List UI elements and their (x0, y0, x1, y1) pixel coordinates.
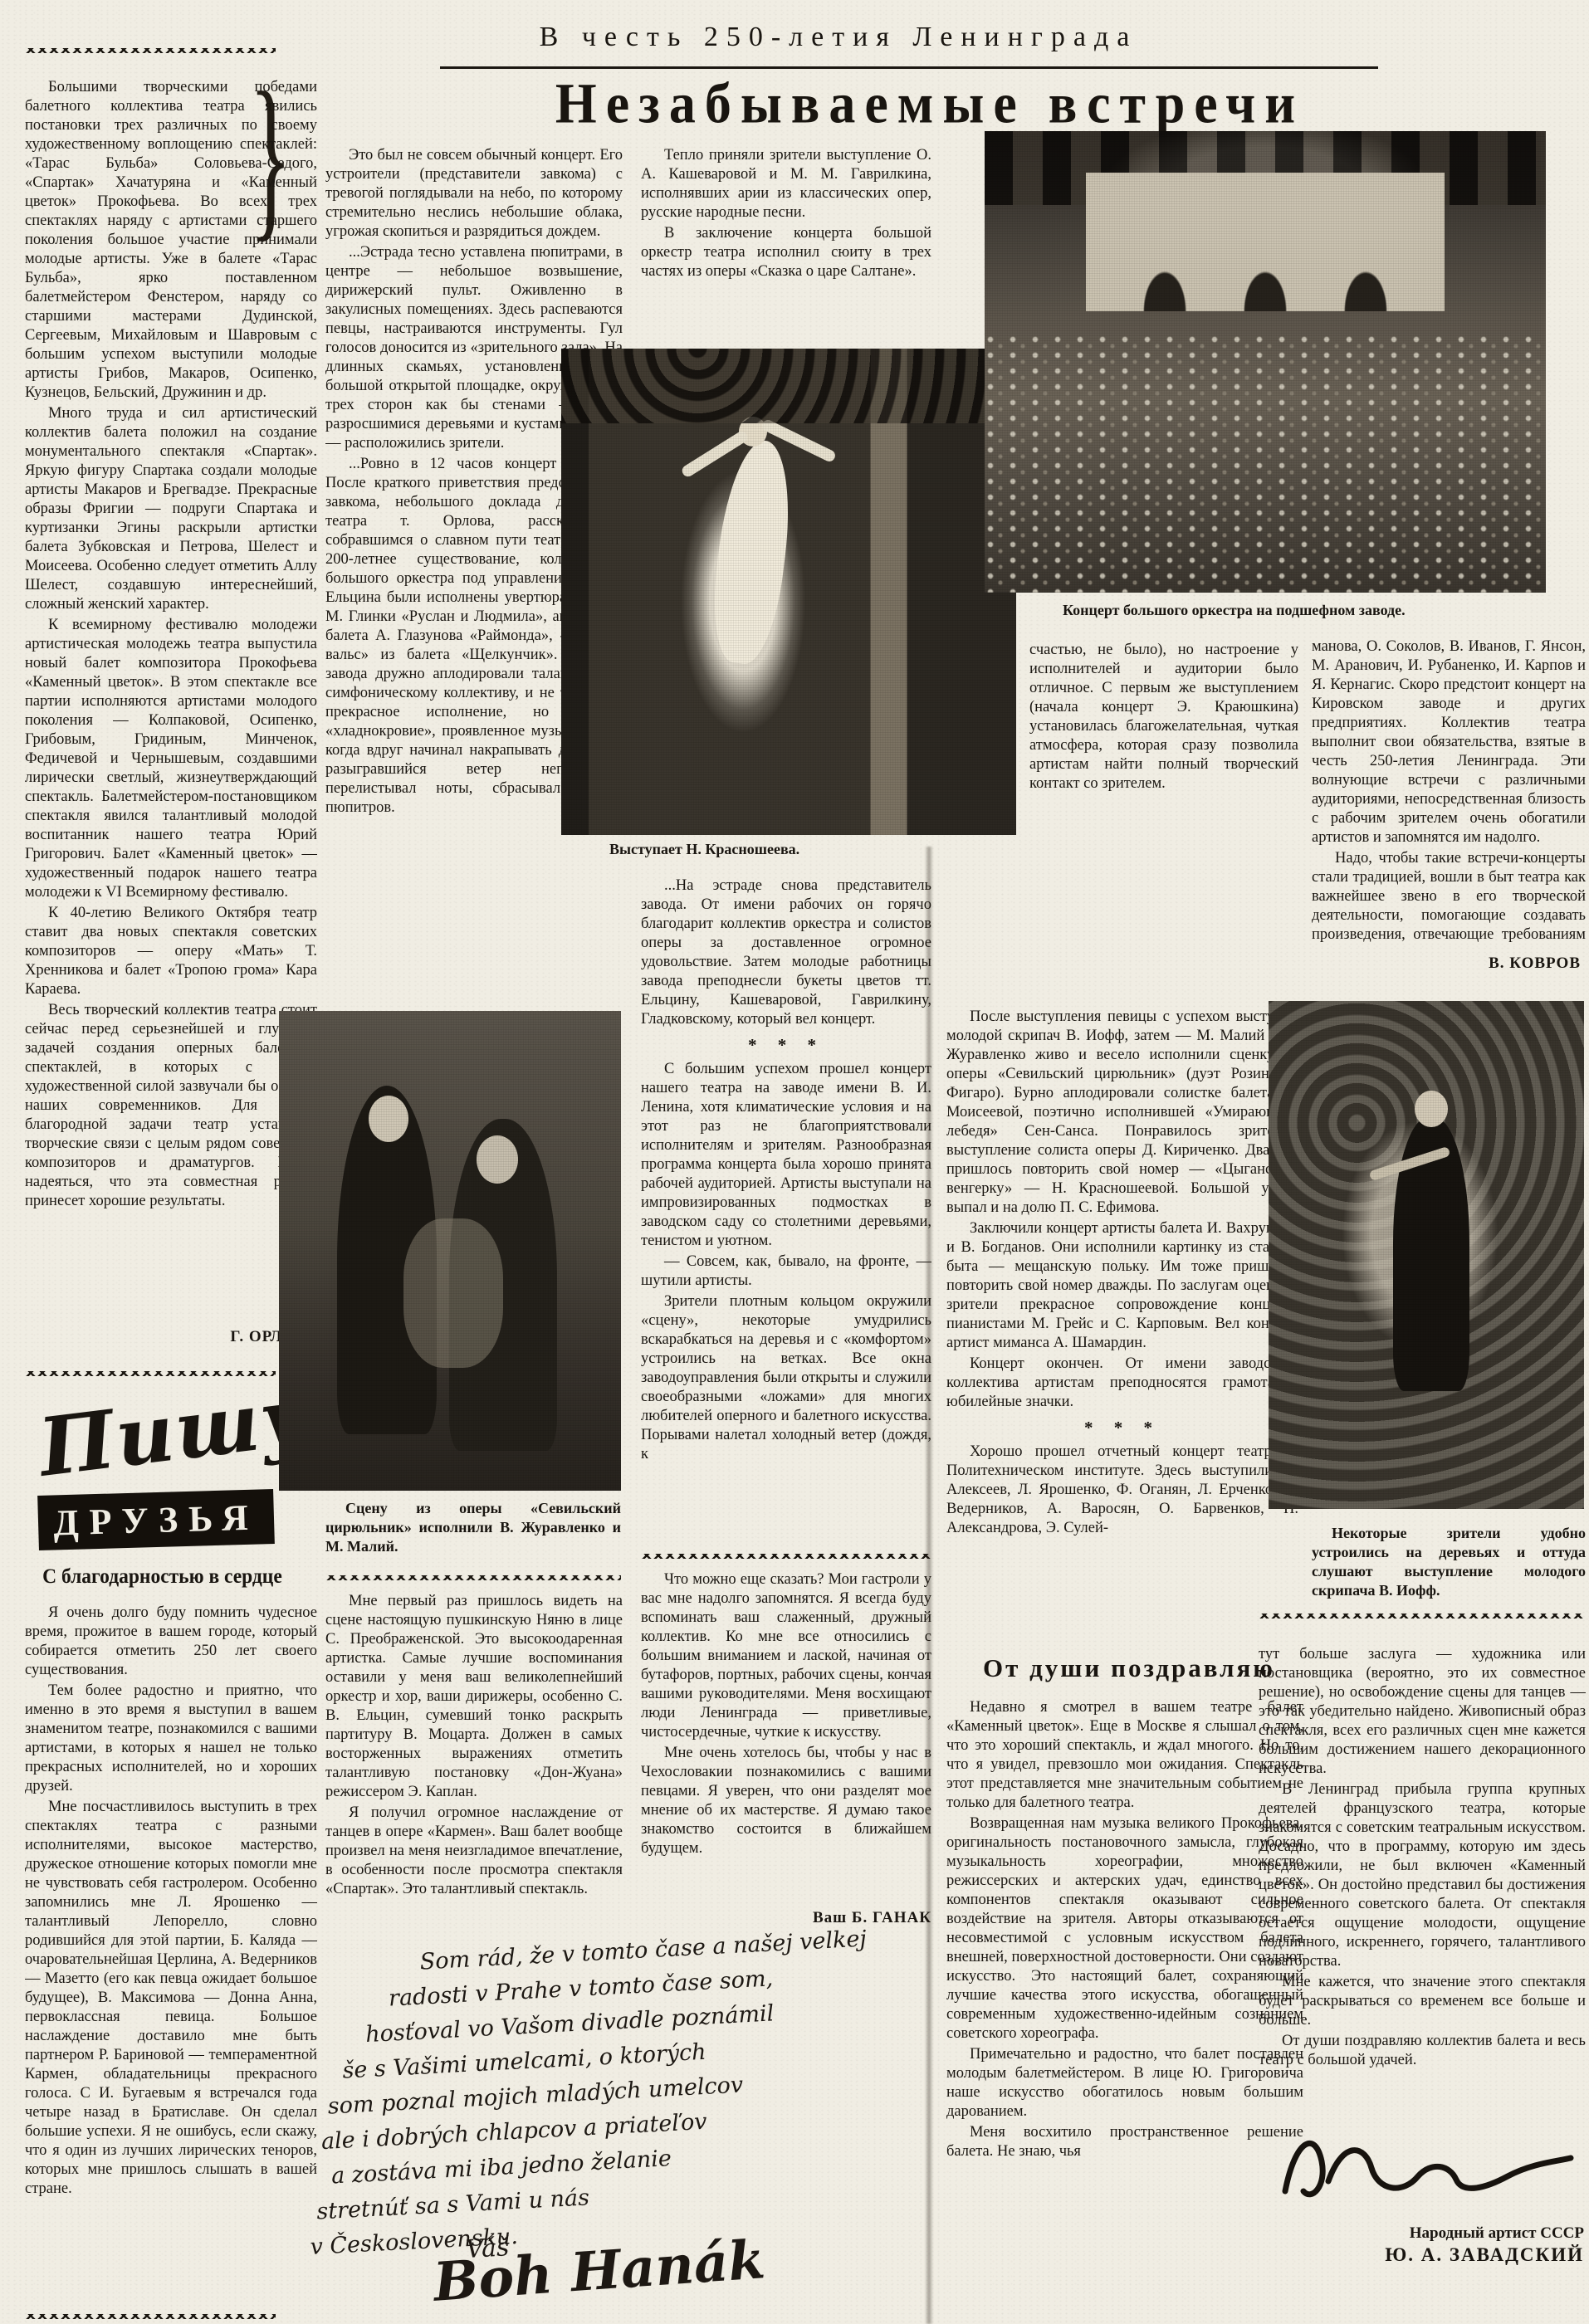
gratitude-title: С благодарностью в сердце (25, 1565, 300, 1589)
paragraph: Что можно еще сказать? Мои гастроли у ва… (641, 1570, 931, 1742)
barber-of-seville-scene-photo (279, 1011, 621, 1491)
violinist-photo-caption: Некоторые зрители удобно устроились на д… (1312, 1524, 1586, 1600)
friends-logo-box: ДРУЗЬЯ (37, 1489, 275, 1550)
building-facade (1086, 173, 1445, 311)
paragraph: Зрители плотным кольцом окружили «сцену»… (641, 1292, 931, 1464)
asterisk-separator: * * * (946, 1418, 1298, 1438)
zavadsky-credit: Народный артист СССР Ю. А. ЗАВАДСКИЙ (1292, 2223, 1584, 2266)
singer-silhouette (337, 1086, 437, 1434)
paragraph: В Ленинград прибыла группа крупных деяте… (1259, 1780, 1586, 1971)
paragraph: От души поздравляю коллектив балета и ве… (1259, 2032, 1586, 2070)
audience-crowd (985, 334, 1546, 593)
paragraph: Большими творческими победами балетного … (25, 78, 317, 403)
paragraph: Весь творческий коллектив театра стоит с… (25, 1001, 317, 1211)
paragraph: ...На эстраде снова представитель завода… (641, 876, 931, 1029)
congrats-title: От души поздравляю (955, 1653, 1303, 1683)
orlov-signature: Г. ОРЛОВ (25, 1328, 307, 1346)
divider-wavy-col3 (641, 1554, 931, 1559)
barber-photo-caption: Сцену из оперы «Севильский цирюльник» ис… (325, 1499, 621, 1556)
paragraph: счастью, не было), но настроение у испол… (1029, 641, 1298, 793)
paragraph: Мне очень хотелось бы, чтобы у нас в Чех… (641, 1744, 931, 1858)
orchestra-concert-photo (985, 131, 1546, 593)
dancer-photo (561, 349, 1016, 835)
paragraph: Мне первый раз пришлось видеть на сцене … (325, 1592, 623, 1802)
paragraph: С большим успехом прошел концерт нашего … (641, 1060, 931, 1251)
concert-report-col5: манова, О. Соколов, В. Иванов, Г. Янсон,… (1312, 637, 1586, 950)
paragraph: Надо, чтобы такие встречи-концерты стали… (1312, 849, 1586, 950)
paragraph: Тепло приняли зрители выступление О. А. … (641, 146, 931, 222)
kicker-banner: В честь 250-летия Ленинграда (448, 22, 1229, 53)
divider-wavy-mid-col1 (25, 1371, 276, 1376)
ganak-signature: Ваш Б. ГАНАК (641, 1909, 931, 1927)
paragraph: Мне посчастливилось выступить в трех спе… (25, 1798, 317, 2199)
fold-crease (925, 847, 933, 2324)
divider-wavy-bottom-col1 (25, 2314, 276, 2319)
paragraph: тут больше заслуга — художника или поста… (1259, 1645, 1586, 1779)
face-highlight (369, 1096, 408, 1142)
paragraph: Примечательно и радостно, что балет пост… (946, 2045, 1303, 2121)
congrats-article-body: Недавно я смотрел в вашем театре балет «… (946, 1698, 1303, 2319)
paragraph: Я очень долго буду помнить чудесное врем… (25, 1604, 317, 1680)
concert-report-col3-mid: ...На эстраде снова представитель завода… (641, 876, 931, 1545)
violinist-figure (1393, 1117, 1469, 1391)
handwritten-letter-facsimile: Som rád, že v tomto čase a našej velkej … (286, 1917, 966, 2265)
violin-bow (1369, 1146, 1451, 1181)
page-headline: Незабываемые встречи (398, 71, 1461, 137)
concert-report-col4: После выступления певицы с успехом высту… (946, 1008, 1298, 1647)
divider-wavy-top-col1 (25, 48, 276, 53)
hanak-letter-col2: Мне первый раз пришлось видеть на сцене … (325, 1592, 623, 1941)
credit-name: Ю. А. ЗАВАДСКИЙ (1292, 2244, 1584, 2266)
paragraph: Я получил огромное наслаждение от танцев… (325, 1804, 623, 1899)
orchestra-photo-caption: Концерт большого оркестра на подшефном з… (1038, 601, 1536, 620)
face-highlight (477, 1135, 518, 1184)
congrats-article-col5: тут больше заслуга — художника или поста… (1259, 1645, 1586, 2110)
foliage-top (561, 349, 1016, 423)
divider-wavy-col2 (325, 1575, 621, 1580)
divider-wavy-col5 (1259, 1614, 1584, 1618)
dancer-head (739, 417, 767, 447)
paragraph: Много труда и сил артистический коллекти… (25, 404, 317, 614)
paragraph: Тем более радостно и приятно, что именно… (25, 1682, 317, 1796)
violinist-head (1415, 1091, 1448, 1127)
dancer-arm (760, 418, 837, 464)
kicker-underline (440, 66, 1378, 69)
violinist-photo (1269, 1001, 1584, 1509)
zavadsky-autograph (1279, 2115, 1577, 2214)
paragraph: В заключение концерта большой оркестр те… (641, 224, 931, 281)
dancer-arm (680, 429, 750, 479)
paragraph: Это был не совсем обычный концерт. Его у… (325, 146, 623, 242)
orlov-article-body: Большими творческими победами балетного … (25, 78, 317, 1323)
credit-title: Народный артист СССР (1292, 2223, 1584, 2244)
asterisk-separator: * * * (641, 1036, 931, 1055)
concert-report-col4-cont: счастью, не было), но настроение у испол… (1029, 641, 1298, 1006)
paragraph: К всемирному фестивалю молодежи артистич… (25, 616, 317, 902)
paragraph: Недавно я смотрел в вашем театре балет «… (946, 1698, 1303, 1813)
paragraph: Мне кажется, что значение этого спектакл… (1259, 1973, 1586, 2030)
newspaper-page: В честь 250-летия Ленинграда Незабываемы… (0, 0, 1589, 2324)
paragraph: Заключили концерт артисты балета И. Вахр… (946, 1219, 1298, 1353)
kovrov-signature: В. КОВРОВ (1312, 954, 1581, 973)
singer-silhouette (449, 1119, 557, 1451)
concert-report-col3-top: Тепло приняли зрители выступление О. А. … (641, 146, 931, 345)
paragraph: Хорошо прошел отчетный концерт театра в … (946, 1443, 1298, 1538)
building-roofline (985, 131, 1546, 205)
paragraph: Возвращенная нам музыка великого Прокофь… (946, 1814, 1303, 2043)
paragraph: К 40-летию Великого Октября театр ставит… (25, 904, 317, 999)
hanak-letter-col3: Что можно еще сказать? Мои гастроли у ва… (641, 1570, 931, 1919)
dancer-photo-caption: Выступает Н. Красношеева. (581, 840, 855, 859)
paragraph: — Совсем, как, бывало, на фронте, — шути… (641, 1252, 931, 1291)
dancer-figure (706, 437, 799, 667)
paragraph: Меня восхитило пространственное решение … (946, 2123, 1303, 2161)
gratitude-article-body: Я очень долго буду помнить чудесное врем… (25, 1604, 317, 2311)
paragraph: После выступления певицы с успехом высту… (946, 1008, 1298, 1218)
paragraph: Концерт окончен. От имени заводского кол… (946, 1355, 1298, 1412)
costume-highlight (403, 1218, 503, 1368)
paragraph: манова, О. Соколов, В. Иванов, Г. Янсон,… (1312, 637, 1586, 847)
